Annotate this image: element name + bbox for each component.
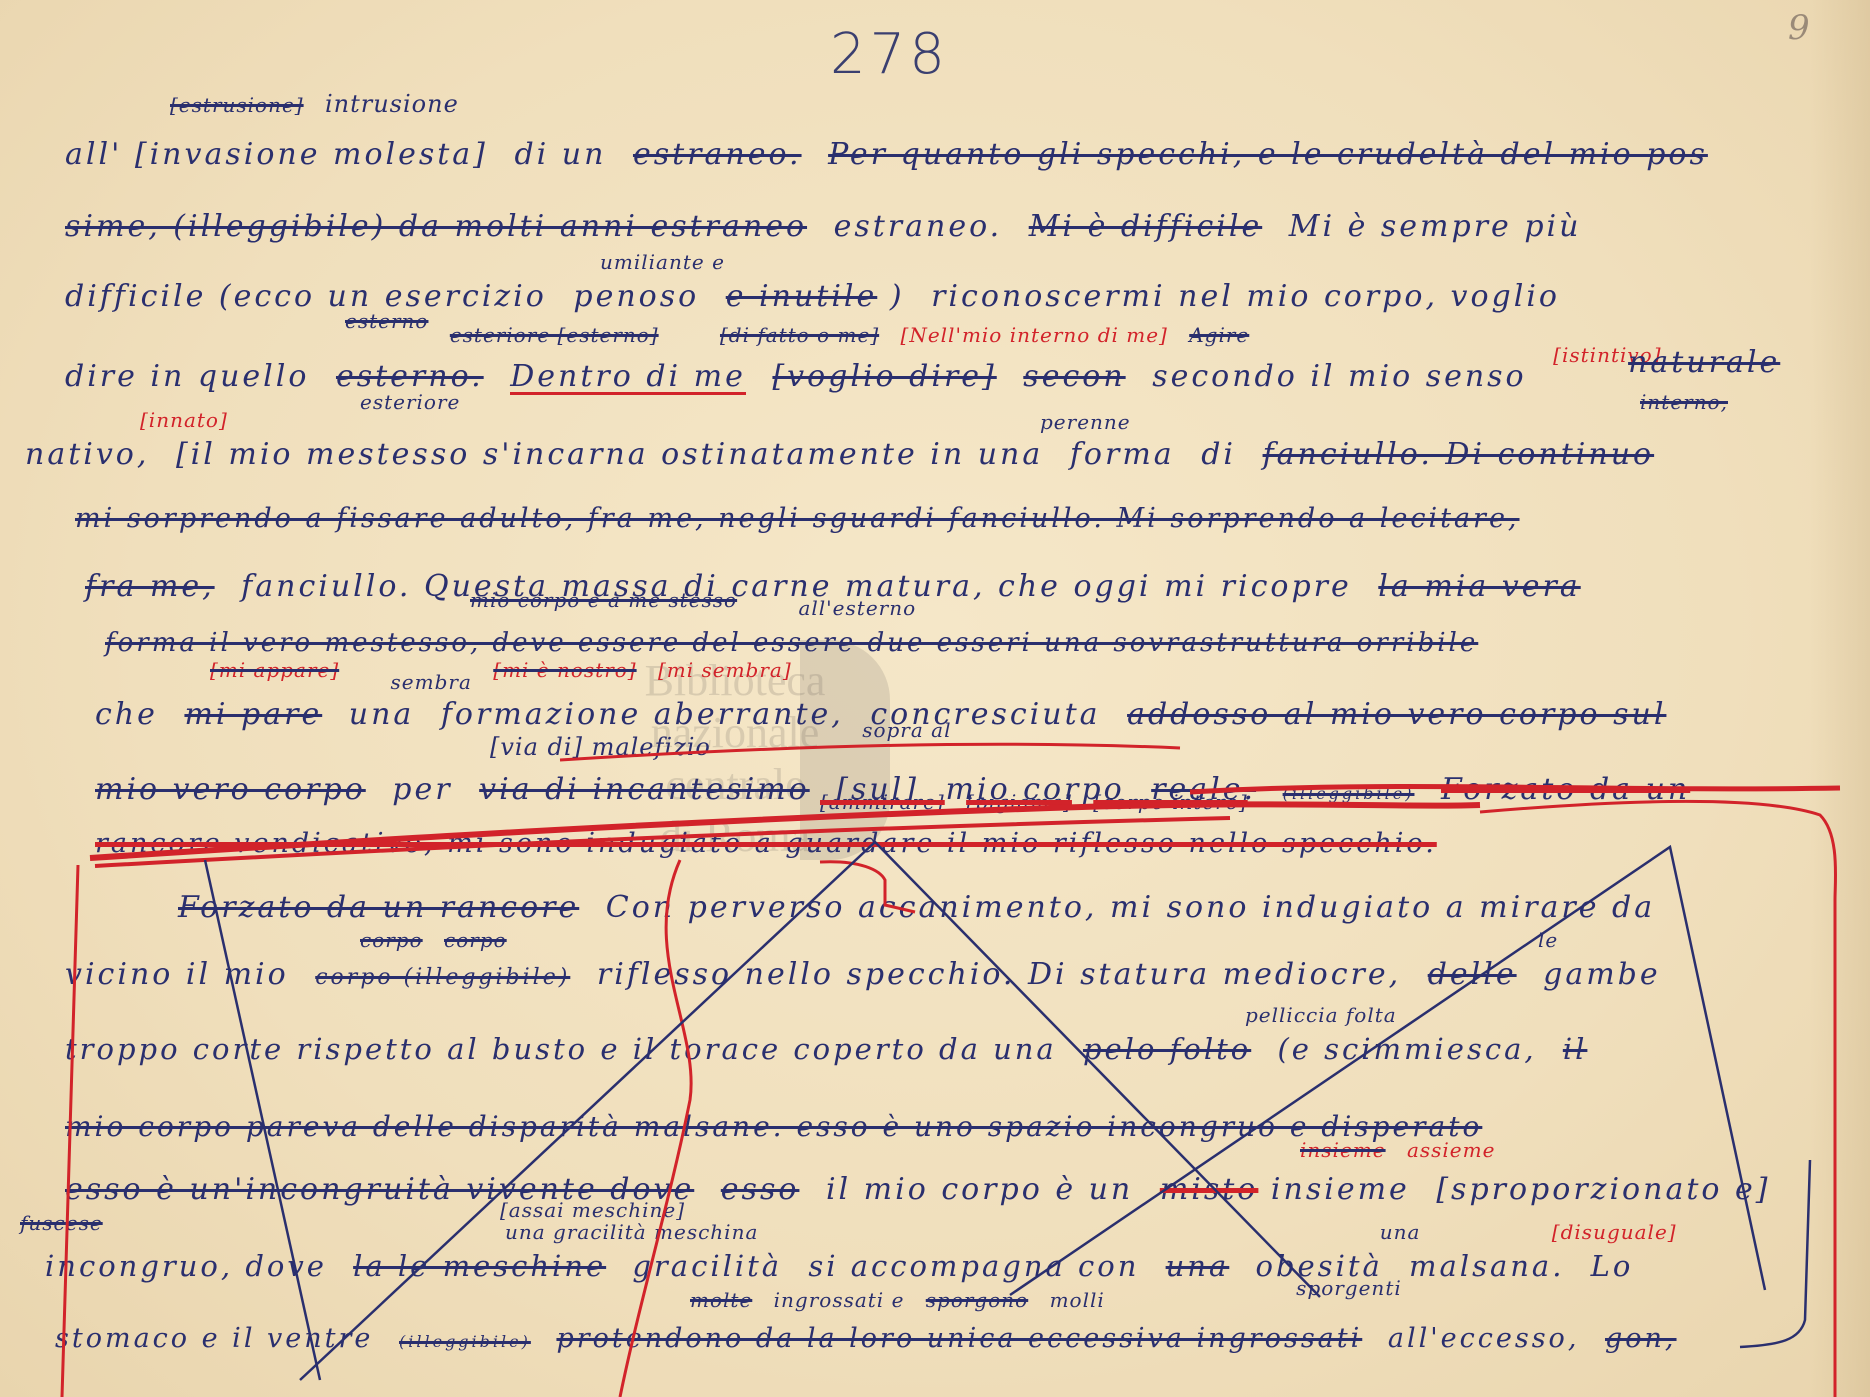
blue-cancel-stroke: [1010, 847, 1765, 1295]
annotation-strokes: [0, 0, 1870, 1397]
red-cancel-stroke: [560, 744, 1180, 760]
blue-cancel-stroke: [300, 842, 1320, 1380]
manuscript-page: Biblioteca nazionale centrale di Roma 27…: [0, 0, 1870, 1397]
blue-bracket-stroke: [1740, 1160, 1810, 1347]
red-bracket-box: [62, 801, 1836, 1397]
blue-cancel-stroke: [205, 860, 320, 1380]
red-vertical-stroke: [620, 860, 691, 1397]
red-cancel-stroke: [1190, 787, 1840, 792]
